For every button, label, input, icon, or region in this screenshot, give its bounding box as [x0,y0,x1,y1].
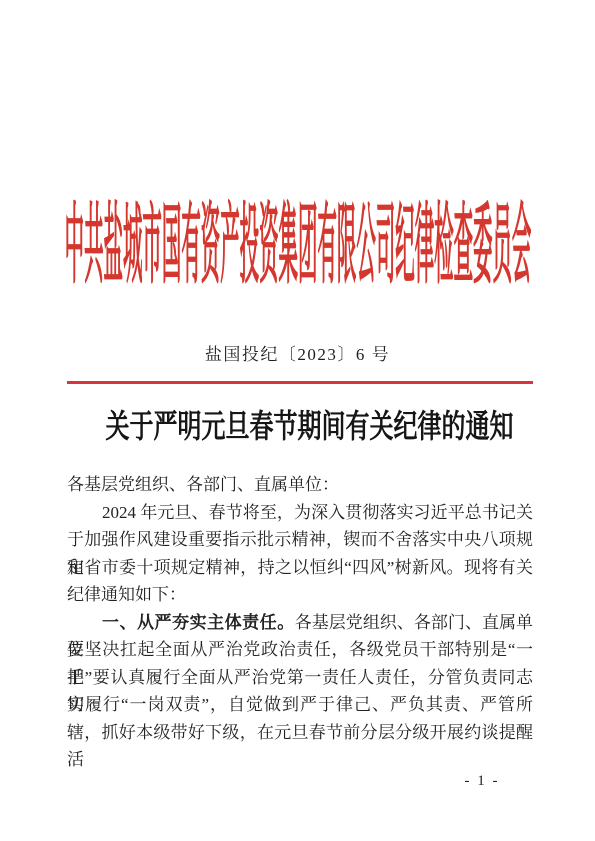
body-line: 要坚决扛起全面从严治党政治责任，各级党员干部特别是“一把 [67,636,533,664]
body-line-text: 纪律通知如下： [67,585,186,604]
doc-number: 盐国投纪〔2023〕6 号 [0,344,595,366]
body-line-text: 2024 年元旦、春节将至，为深入贯彻落实习近平总书记关 [102,503,533,522]
body-line-bold-segment: 一、从严夯实主体责任。 [102,613,295,632]
notice-title-wrap: 关于严明元旦春节期间有关纪律的通知 [0,412,595,436]
body-line: 一、从严夯实主体责任。各基层党组织、各部门、直属单位 [67,609,533,637]
body-line: 辖，抓好本级带好下级，在元旦春节前分层分级开展约谈提醒活 [67,719,533,747]
body-line-text: 各基层党组织、各部门、直属单位： [67,475,339,494]
body-line: 纪律通知如下： [67,581,533,609]
body-line: 和省市委十项规定精神，持之以恒纠“四风”树新风。现将有关 [67,554,533,582]
notice-title: 关于严明元旦春节期间有关纪律的通知 [106,412,514,444]
red-divider-line [67,381,533,384]
body-line: 实履行“一岗双责”，自觉做到严于律己、严负其责、严管所 [67,691,533,719]
body-line-text: 辖，抓好本级带好下级，在元旦春节前分层分级开展约谈提醒活 [67,723,533,770]
org-header: 中共盐城市国有资产投资集团有限公司纪律检查委员会 [0,203,595,295]
body-line-text: 和省市委十项规定精神，持之以恒纠“四风”树新风。现将有关 [67,558,533,577]
body-line-text: 实履行“一岗双责”，自觉做到严于律己、严负其责、严管所 [67,695,533,714]
body-line: 手”要认真履行全面从严治党第一责任人责任，分管负责同志切 [67,664,533,692]
notice-body: 各基层党组织、各部门、直属单位：2024 年元旦、春节将至，为深入贯彻落实习近平… [67,471,533,746]
page-number: - 1 - [448,771,516,791]
org-header-title: 中共盐城市国有资产投资集团有限公司纪律检查委员会 [64,203,531,295]
body-line: 于加强作风建设重要指示批示精神，锲而不舍落实中央八项规定 [67,526,533,554]
body-line: 各基层党组织、各部门、直属单位： [67,471,533,499]
document-page: 中共盐城市国有资产投资集团有限公司纪律检查委员会 盐国投纪〔2023〕6 号 关… [0,0,595,841]
body-line: 2024 年元旦、春节将至，为深入贯彻落实习近平总书记关 [67,499,533,527]
